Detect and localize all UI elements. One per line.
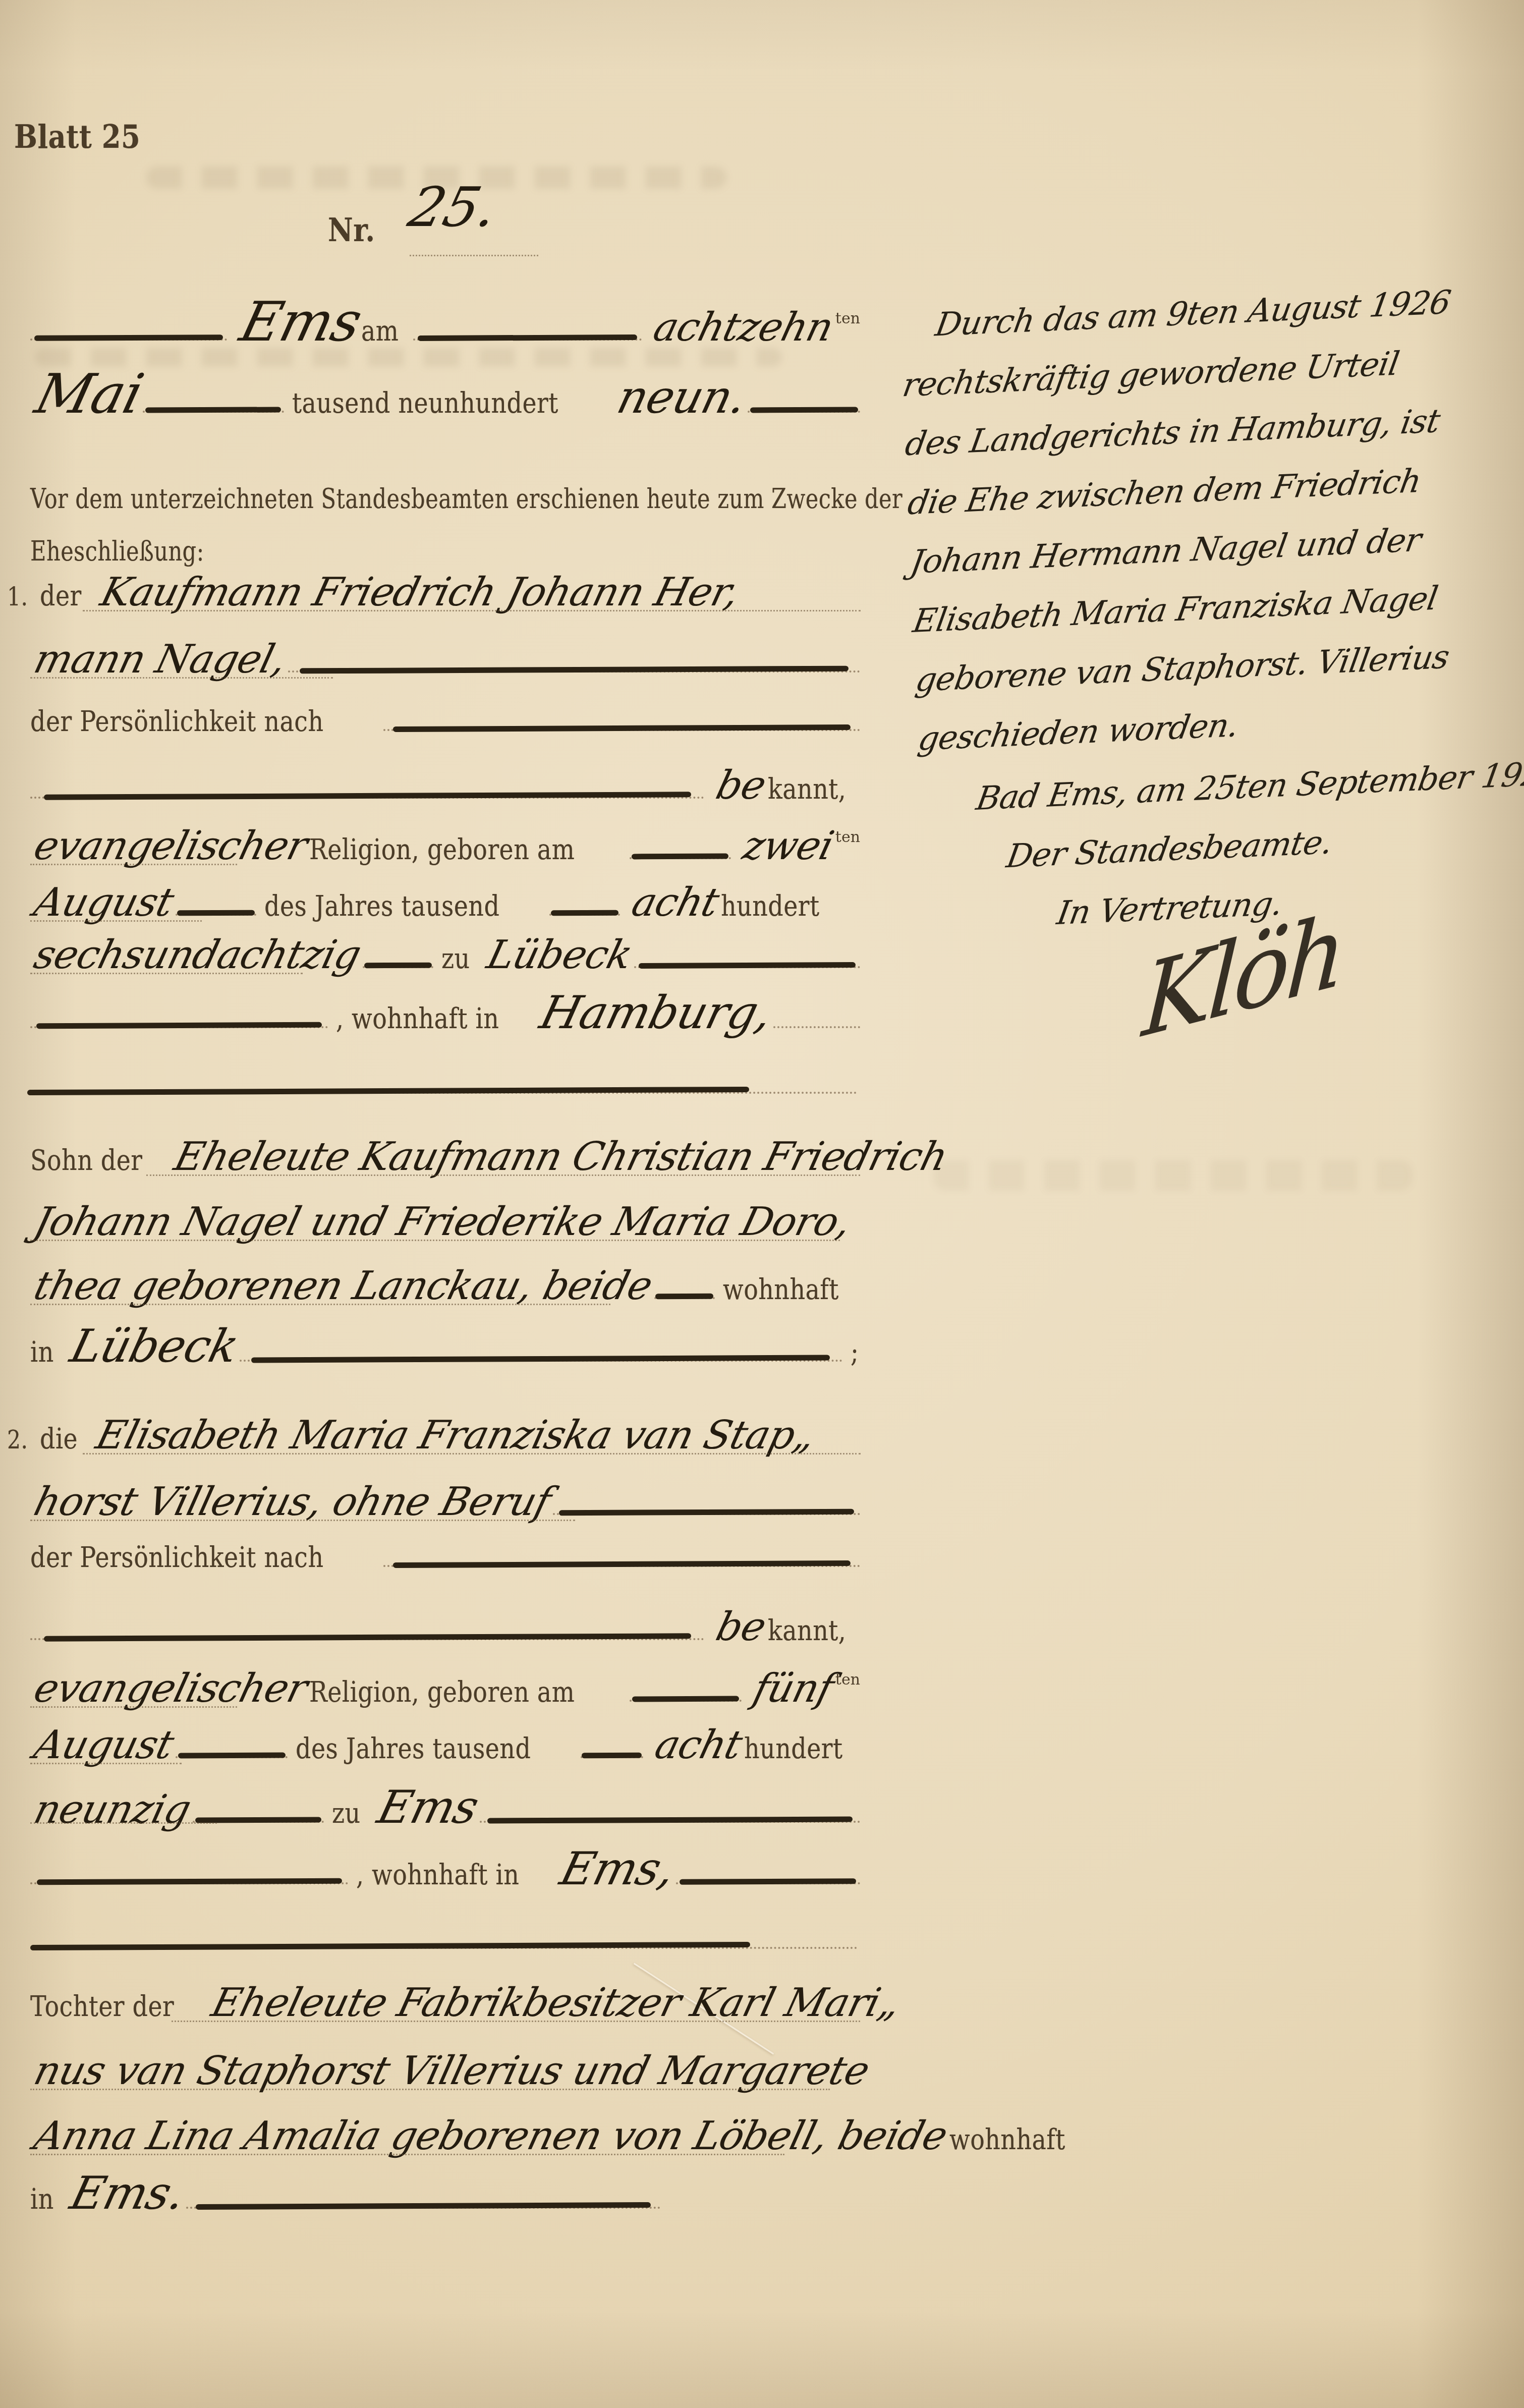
groom-parents-residence-hw: Lübeck bbox=[66, 1324, 243, 1369]
blank-fill bbox=[30, 1024, 328, 1028]
blank-fill bbox=[581, 1754, 643, 1758]
marriage-month-value: Mai bbox=[30, 367, 148, 422]
identity-label: der Persönlichkeit nach bbox=[30, 1544, 323, 1572]
bride-parents-hw-1: Eheleute Fabrikbesitzer Karl Mari„ bbox=[208, 1983, 904, 2023]
ordinal-suffix: ten bbox=[835, 830, 860, 845]
dotted-leader bbox=[30, 973, 303, 974]
ink-strike bbox=[393, 1560, 851, 1568]
bride-name-line2: horst Villerius, ohne Beruf bbox=[30, 1482, 554, 1522]
bride-name-line-2: horst Villerius, ohne Beruf bbox=[30, 1482, 860, 1539]
ink-strike bbox=[487, 1816, 853, 1823]
bride-birthplace-line: neunzig zu Ems bbox=[30, 1785, 860, 1841]
record-number-value: 25. bbox=[404, 181, 502, 235]
groom-year-hundreds-hw: acht bbox=[628, 883, 722, 922]
bride-parents-line-1: Tochter der Eheleute Fabrikbesitzer Karl… bbox=[30, 1983, 860, 2040]
bride-parents-line-2: nus van Staphorst Villerius und Margaret… bbox=[30, 2051, 860, 2108]
blank-fill bbox=[748, 409, 860, 413]
bride-birth-year-line: August des Jahres tausend acht hundert bbox=[30, 1725, 860, 1782]
bride-residence-line: , wohnhaft in Ems, bbox=[30, 1846, 860, 1903]
ink-strike bbox=[750, 407, 858, 413]
groom-birth-year-line: August des Jahres tausend acht hundert bbox=[30, 883, 860, 939]
bride-birth-day-hw: fünf bbox=[750, 1669, 837, 1708]
blank-fill bbox=[240, 1358, 842, 1362]
blank-fill bbox=[176, 912, 256, 916]
groom-parents-residence-line: in Lübeck ; bbox=[30, 1324, 860, 1380]
ink-strike bbox=[30, 1942, 750, 1950]
ordinal-suffix: ten bbox=[835, 311, 860, 326]
bride-bekannt-line: be kannt, bbox=[30, 1607, 860, 1664]
tochter-der-label: Tochter der bbox=[30, 1993, 174, 2021]
ink-strike bbox=[680, 1878, 856, 1885]
dotted-leader bbox=[30, 1822, 217, 1824]
groom-parents-hw-2: Johann Nagel und Friederike Maria Doro, bbox=[30, 1202, 855, 1242]
dotted-leader bbox=[146, 1174, 860, 1176]
ink-strike bbox=[44, 792, 691, 800]
bride-year-hundreds-hw: acht bbox=[651, 1725, 746, 1765]
ink-strike bbox=[632, 854, 728, 860]
blank-fill bbox=[27, 1090, 857, 1094]
ink-strike bbox=[36, 1022, 322, 1029]
bride-parents-line-3: Anna Lina Amalia geborenen von Löbell, b… bbox=[30, 2116, 860, 2173]
year-printed-label: tausend neunhundert bbox=[292, 389, 558, 418]
groom-birthplace-hw: Lübeck bbox=[483, 935, 636, 975]
ink-strike bbox=[639, 962, 856, 969]
groom-article-label: der bbox=[40, 582, 82, 610]
groom-item-number: 1. bbox=[7, 584, 28, 609]
groom-religion-birth-line: evangelischer Religion, geboren am zwei … bbox=[30, 826, 860, 883]
dotted-leader bbox=[30, 1304, 610, 1305]
in-label: in bbox=[30, 1338, 54, 1367]
ink-strike bbox=[582, 1753, 642, 1759]
blank-fill bbox=[363, 964, 433, 968]
ink-strike bbox=[393, 724, 851, 732]
groom-bekannt-line: be kannt, bbox=[30, 766, 860, 822]
hundert-label: hundert bbox=[721, 892, 819, 921]
kannt-label: kannt, bbox=[768, 1617, 846, 1645]
dotted-leader bbox=[30, 677, 333, 679]
groom-parents-hw-3: thea geborenen Lanckau, beide bbox=[30, 1266, 656, 1306]
bride-name-line1: Elisabeth Maria Franziska van Stap„ bbox=[92, 1416, 819, 1455]
bride-article-label: die bbox=[40, 1425, 78, 1453]
bride-item-number: 2. bbox=[7, 1427, 28, 1452]
groom-parents-line-1: Sohn der Eheleute Kaufmann Christian Fri… bbox=[30, 1137, 860, 1194]
groom-residence-hw: Hamburg, bbox=[536, 990, 776, 1036]
year-label: des Jahres tausend bbox=[296, 1735, 531, 1763]
ink-strike bbox=[632, 1696, 739, 1702]
wohnhaft-label: wohnhaft bbox=[723, 1276, 839, 1304]
ink-strike bbox=[300, 666, 849, 674]
blank-fill bbox=[383, 727, 860, 731]
blank-fill bbox=[549, 912, 620, 916]
groom-name-line2: mann Nagel, bbox=[30, 640, 290, 679]
bride-identity-line: der Persönlichkeit nach bbox=[30, 1544, 860, 1600]
groom-residence-line: , wohnhaft in Hamburg, bbox=[30, 990, 860, 1047]
groom-parents-line-3: thea geborenen Lanckau, beide wohnhaft bbox=[30, 1266, 860, 1323]
blank-fill bbox=[30, 337, 227, 341]
ink-strike bbox=[559, 1509, 854, 1516]
groom-name-line-1: 1. der Kaufmann Friedrich Johann Her, bbox=[7, 573, 861, 629]
religion-label: Religion, geboren am bbox=[309, 836, 575, 864]
bride-parents-residence-hw: Ems. bbox=[66, 2171, 189, 2216]
blank-fill bbox=[383, 1563, 860, 1567]
intro-line-1: Vor dem unterzeichneten Standesbeamten e… bbox=[30, 485, 902, 513]
blank-fill bbox=[413, 337, 642, 341]
religion-label: Religion, geboren am bbox=[309, 1678, 575, 1707]
intro-line-2: Eheschließung: bbox=[30, 538, 204, 565]
hundert-label: hundert bbox=[744, 1735, 842, 1763]
bride-residence-hw: Ems, bbox=[556, 1846, 679, 1892]
zu-label: zu bbox=[332, 1800, 361, 1828]
marriage-place-value: Ems bbox=[235, 295, 367, 350]
groom-year-tens-hw: sechsundachtzig bbox=[30, 935, 365, 975]
blank-fill bbox=[30, 1636, 704, 1640]
year-label: des Jahres tausend bbox=[264, 892, 499, 921]
dotted-leader bbox=[30, 1706, 237, 1708]
blank-fill bbox=[30, 1880, 348, 1884]
dotted-leader bbox=[83, 610, 861, 611]
bride-parents-residence-line: in Ems. bbox=[30, 2171, 860, 2227]
ink-strike bbox=[145, 407, 281, 413]
marriage-day-value: achtzehn bbox=[650, 308, 837, 347]
blank-fill bbox=[676, 1880, 860, 1884]
sheet-number: Blatt 25 bbox=[14, 121, 140, 153]
groom-name-line1: Kaufmann Friedrich Johann Her, bbox=[97, 573, 743, 612]
ink-strike bbox=[37, 1878, 342, 1885]
blank-fill bbox=[186, 2205, 660, 2209]
ordinal-suffix: ten bbox=[835, 1672, 860, 1688]
marriage-year-value: neun. bbox=[613, 375, 751, 420]
ink-strike bbox=[177, 910, 255, 916]
blank-fill bbox=[773, 1024, 860, 1028]
identity-label: der Persönlichkeit nach bbox=[30, 708, 323, 736]
ink-strike bbox=[27, 1087, 749, 1095]
blank-fill bbox=[176, 1754, 288, 1758]
blank-fill bbox=[288, 668, 860, 673]
in-label: in bbox=[30, 2186, 54, 2214]
kannt-label: kannt, bbox=[768, 775, 846, 804]
blank-fill bbox=[30, 1945, 858, 1949]
wohnhaft-label: wohnhaft bbox=[949, 2126, 1065, 2154]
dotted-leader bbox=[30, 2089, 830, 2090]
dotted-leader bbox=[30, 2154, 784, 2155]
dotted-leader bbox=[30, 920, 202, 922]
groom-parents-hw-1: Eheleute Kaufmann Christian Friedrich bbox=[171, 1137, 951, 1177]
groom-religion-hw: evangelischer bbox=[30, 826, 311, 866]
marriage-month-year-line: Mai tausend neunhundert neun. bbox=[30, 367, 860, 424]
bride-religion-hw: evangelischer bbox=[30, 1669, 311, 1708]
ink-strike bbox=[418, 334, 637, 341]
wohnhaft-in-label: , wohnhaft in bbox=[356, 1861, 519, 1889]
blank-fill bbox=[630, 1698, 741, 1702]
am-label: am bbox=[361, 317, 399, 346]
dotted-leader bbox=[172, 2021, 860, 2022]
groom-identity-line: der Persönlichkeit nach bbox=[30, 708, 860, 764]
bride-birthplace-hw: Ems bbox=[373, 1785, 483, 1830]
blank-fill bbox=[630, 855, 730, 859]
dotted-leader bbox=[30, 1240, 840, 1241]
blank-fill bbox=[143, 409, 284, 413]
wohnhaft-in-label: , wohnhaft in bbox=[336, 1005, 499, 1033]
sohn-der-label: Sohn der bbox=[30, 1147, 143, 1175]
zu-label: zu bbox=[441, 945, 470, 973]
bride-be-hw: be bbox=[712, 1607, 770, 1647]
ink-strike bbox=[44, 1633, 691, 1642]
blank-fill bbox=[654, 1295, 715, 1299]
ink-strike bbox=[34, 334, 223, 341]
groom-be-hw: be bbox=[712, 766, 770, 805]
ink-strike bbox=[251, 1355, 830, 1363]
marriage-place-day-line: Ems am achtzehn ten bbox=[30, 295, 860, 352]
groom-name-line-2: mann Nagel, bbox=[30, 640, 860, 696]
groom-birth-day-hw: zwei bbox=[739, 826, 837, 866]
blank-fill bbox=[634, 964, 860, 968]
dotted-leader bbox=[83, 1453, 861, 1454]
blank-fill bbox=[480, 1819, 860, 1823]
dotted-leader bbox=[410, 255, 538, 256]
ink-strike bbox=[178, 1753, 286, 1759]
dotted-leader bbox=[30, 1520, 575, 1521]
groom-birth-month-hw: August bbox=[30, 883, 178, 922]
ink-strike bbox=[364, 963, 432, 969]
dotted-leader bbox=[30, 864, 237, 865]
blank-fill bbox=[30, 795, 704, 799]
ink-strike bbox=[196, 2202, 651, 2210]
bleed-through-ghost bbox=[933, 1160, 1413, 1191]
bride-religion-birth-line: evangelischer Religion, geboren am fünf … bbox=[30, 1669, 860, 1725]
divorce-margin-note: Durch das am 9ten August 1926 rechtskräf… bbox=[893, 270, 1524, 1085]
registry-page: Blatt 25 Nr. 25. Ems am achtzehn ten Mai… bbox=[0, 0, 1524, 2408]
bride-birth-month-hw: August bbox=[30, 1725, 178, 1765]
groom-parents-line-2: Johann Nagel und Friederike Maria Doro, bbox=[30, 1202, 860, 1259]
ink-strike bbox=[655, 1294, 713, 1300]
bride-parents-hw-3: Anna Lina Amalia geborenen von Löbell, b… bbox=[30, 2116, 951, 2156]
bride-name-line-1: 2. die Elisabeth Maria Franziska van Sta… bbox=[7, 1416, 861, 1472]
ink-strike bbox=[551, 910, 618, 916]
groom-birthplace-line: sechsundachtzig zu Lübeck bbox=[30, 935, 860, 992]
dotted-leader bbox=[30, 1763, 182, 1764]
blank-fill bbox=[553, 1511, 860, 1515]
bride-parents-hw-2: nus van Staphorst Villerius und Margaret… bbox=[30, 2051, 873, 2091]
record-number-label: Nr. bbox=[328, 214, 375, 247]
semicolon-label: ; bbox=[851, 1338, 859, 1367]
